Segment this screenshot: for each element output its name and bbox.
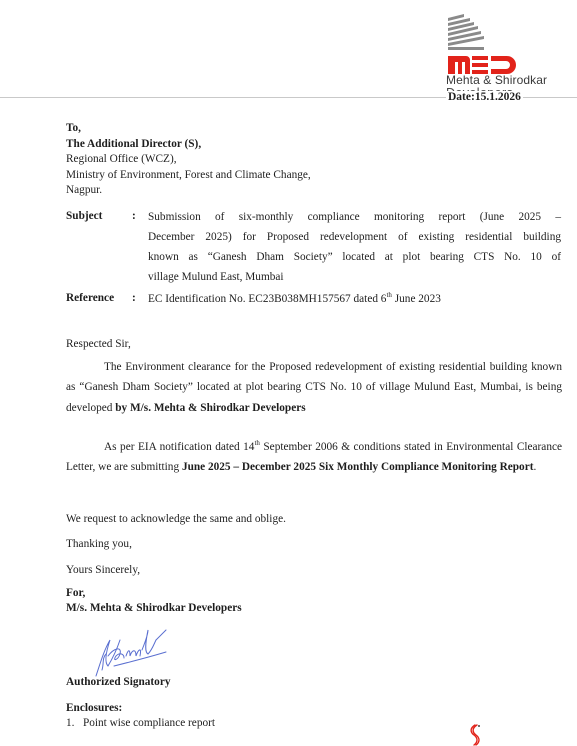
subject-line: Submission of six-monthly compliance mon… — [148, 207, 561, 227]
reference-date: June 2023 — [392, 293, 441, 305]
for-line: For, — [66, 586, 562, 601]
enclosure-item: 1. Point wise compliance report — [66, 716, 562, 731]
signatory-role: Authorized Signatory — [66, 672, 562, 692]
signatory-company: M/s. Mehta & Shirodkar Developers — [66, 601, 562, 616]
subject-line: village Mulund East, Mumbai — [148, 267, 561, 287]
to-line: To, — [66, 121, 311, 137]
subject-label: Subject — [66, 210, 102, 222]
reference-label: Reference — [66, 292, 114, 304]
addressee-title: The Additional Director (S), — [66, 137, 311, 153]
reference-colon: : — [132, 292, 136, 304]
addressee-ministry: Ministry of Environment, Forest and Clim… — [66, 168, 311, 184]
addressee-block: To, The Additional Director (S), Regiona… — [66, 121, 311, 199]
addressee-office: Regional Office (WCZ), — [66, 152, 311, 168]
letter-date: Date:15.1.2026 — [446, 91, 523, 103]
paragraph-text: As per EIA notification dated 14 — [104, 441, 254, 453]
paragraph-clearance: The Environment clearance for the Propos… — [66, 357, 562, 418]
subject-line: known as “Ganesh Dham Society” located a… — [148, 247, 561, 267]
subject-colon: : — [132, 210, 136, 222]
report-title: June 2025 – December 2025 Six Monthly Co… — [182, 461, 534, 473]
reference-id: EC Identification No. EC23B038MH157567 d… — [148, 293, 386, 305]
enclosures-heading: Enclosures: — [66, 701, 562, 716]
paragraph-submission: As per EIA notification dated 14th Septe… — [66, 437, 562, 478]
salutation: Respected Sir, — [66, 334, 562, 354]
subject-text: Submission of six-monthly compliance mon… — [148, 207, 561, 287]
addressee-city: Nagpur. — [66, 183, 311, 199]
company-name: Mehta & Shirodkar — [446, 73, 547, 87]
reference-text: EC Identification No. EC23B038MH157567 d… — [148, 289, 561, 309]
subject-line: December 2025) for Proposed redevelopmen… — [148, 227, 561, 247]
period: . — [533, 461, 536, 473]
thanks-line: Thanking you, — [66, 534, 562, 554]
developer-name: by M/s. Mehta & Shirodkar Developers — [115, 402, 305, 414]
brand-swirl-icon — [467, 723, 483, 746]
closing-line: Yours Sincerely, — [66, 560, 562, 580]
msd-logo-mark — [448, 52, 518, 74]
request-line: We request to acknowledge the same and o… — [66, 509, 562, 529]
building-icon — [446, 14, 486, 52]
